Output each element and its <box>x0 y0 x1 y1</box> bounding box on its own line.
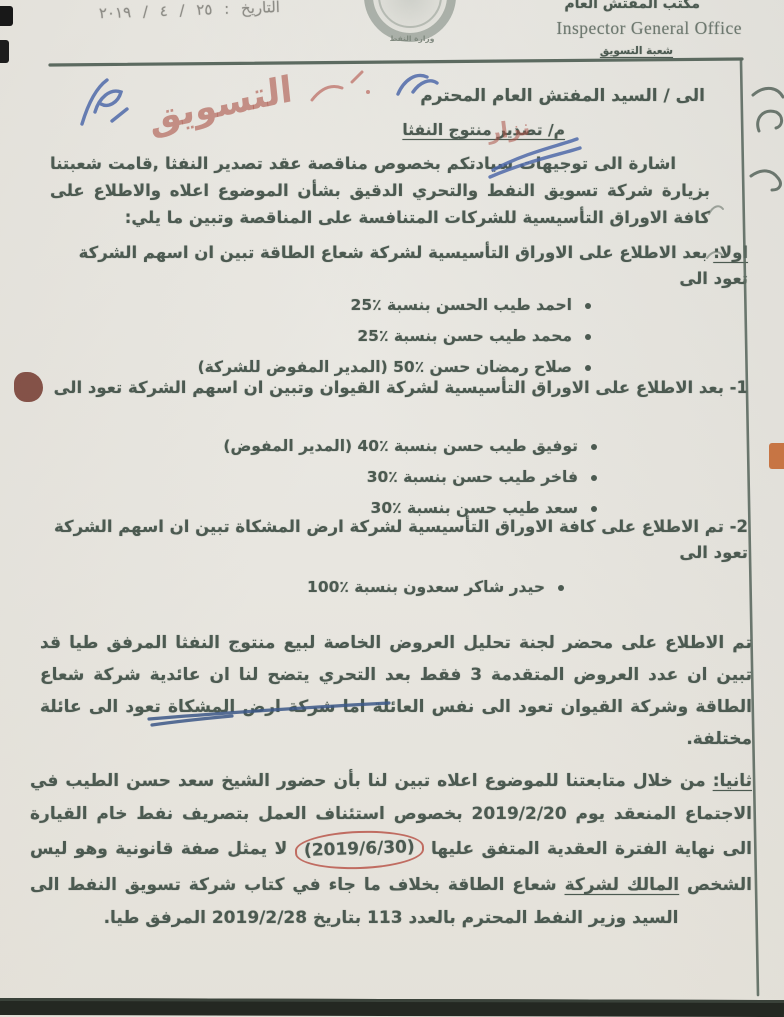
analysis-paragraph: تم الاطلاع على محضر لجنة تحليل العروض ال… <box>40 627 752 755</box>
secondly-label: ثانيا: <box>713 771 752 791</box>
scanned-letter-page: التاريخ : ٢٥ / ٤ / ٢٠١٩ وزارة النفط مكتب… <box>0 0 784 1017</box>
recipient-line: الى / السيد المفتش العام المحترم <box>420 86 705 106</box>
heading-section-2: 2- تم الاطلاع على كافة الاوراق التأسيسية… <box>42 514 748 566</box>
handwritten-date: التاريخ : ٢٥ / ٤ / ٢٠١٩ <box>50 0 280 24</box>
scan-bottom-edge <box>0 998 784 1017</box>
division-title: شعبة التسويق <box>600 45 673 57</box>
handwritten-signature: نزار <box>487 116 532 146</box>
seal-caption: وزارة النفط <box>382 34 442 43</box>
heading-first-text: بعد الاطلاع على الاوراق التأسيسية لشركة … <box>79 243 748 288</box>
list-item: احمد طيب الحسن بنسبة ٪25 <box>198 290 572 321</box>
list-item: فاخر طيب حسن بنسبة ٪30 <box>223 462 578 493</box>
red-pen-strokes <box>312 72 370 100</box>
office-title-english: Inspector General Office <box>556 18 742 39</box>
ink-blot-mark <box>14 372 43 402</box>
office-title-arabic: مكتب المفتش العام <box>564 0 700 12</box>
circled-date: (2019/6/30) <box>294 829 424 871</box>
scan-edge-orange-mark <box>769 443 784 469</box>
secondly-paragraph: ثانيا: من خلال متابعتنا للموضوع اعلاه تب… <box>30 765 752 935</box>
list-item: محمد طيب حسن بنسبة ٪25 <box>198 321 572 352</box>
heading-first-label: اولا: <box>713 243 748 262</box>
shareholder-list-shua-al-taqa: احمد طيب الحسن بنسبة ٪25 محمد طيب حسن بن… <box>198 290 572 383</box>
heading-section-1: 1- بعد الاطلاع على الاوراق التأسيسية لشر… <box>42 375 748 401</box>
secondly-underlined: المالك لشركة <box>565 875 680 895</box>
intro-paragraph: اشارة الى توجيهات سيادتكم بخصوص مناقصة ع… <box>50 150 710 231</box>
handwritten-red-note: التسويق <box>147 69 294 140</box>
list-item: توفيق طيب حسن بنسبة ٪40 (المدير المفوض) <box>223 431 578 462</box>
list-item: حيدر شاكر سعدون بنسبة ٪100 <box>307 572 545 603</box>
margin-ink-strokes <box>707 88 783 258</box>
heading-first: اولا: بعد الاطلاع على الاوراق التأسيسية … <box>42 240 748 292</box>
scan-edge-mark <box>0 40 9 63</box>
subject-line: م/ تصدير منتوج النفثا <box>402 121 565 139</box>
scan-edge-mark <box>0 6 13 26</box>
shareholder-list-qaywan: توفيق طيب حسن بنسبة ٪40 (المدير المفوض) … <box>223 431 578 524</box>
shareholder-list-ard-almishkat: حيدر شاكر سعدون بنسبة ٪100 <box>307 572 545 603</box>
